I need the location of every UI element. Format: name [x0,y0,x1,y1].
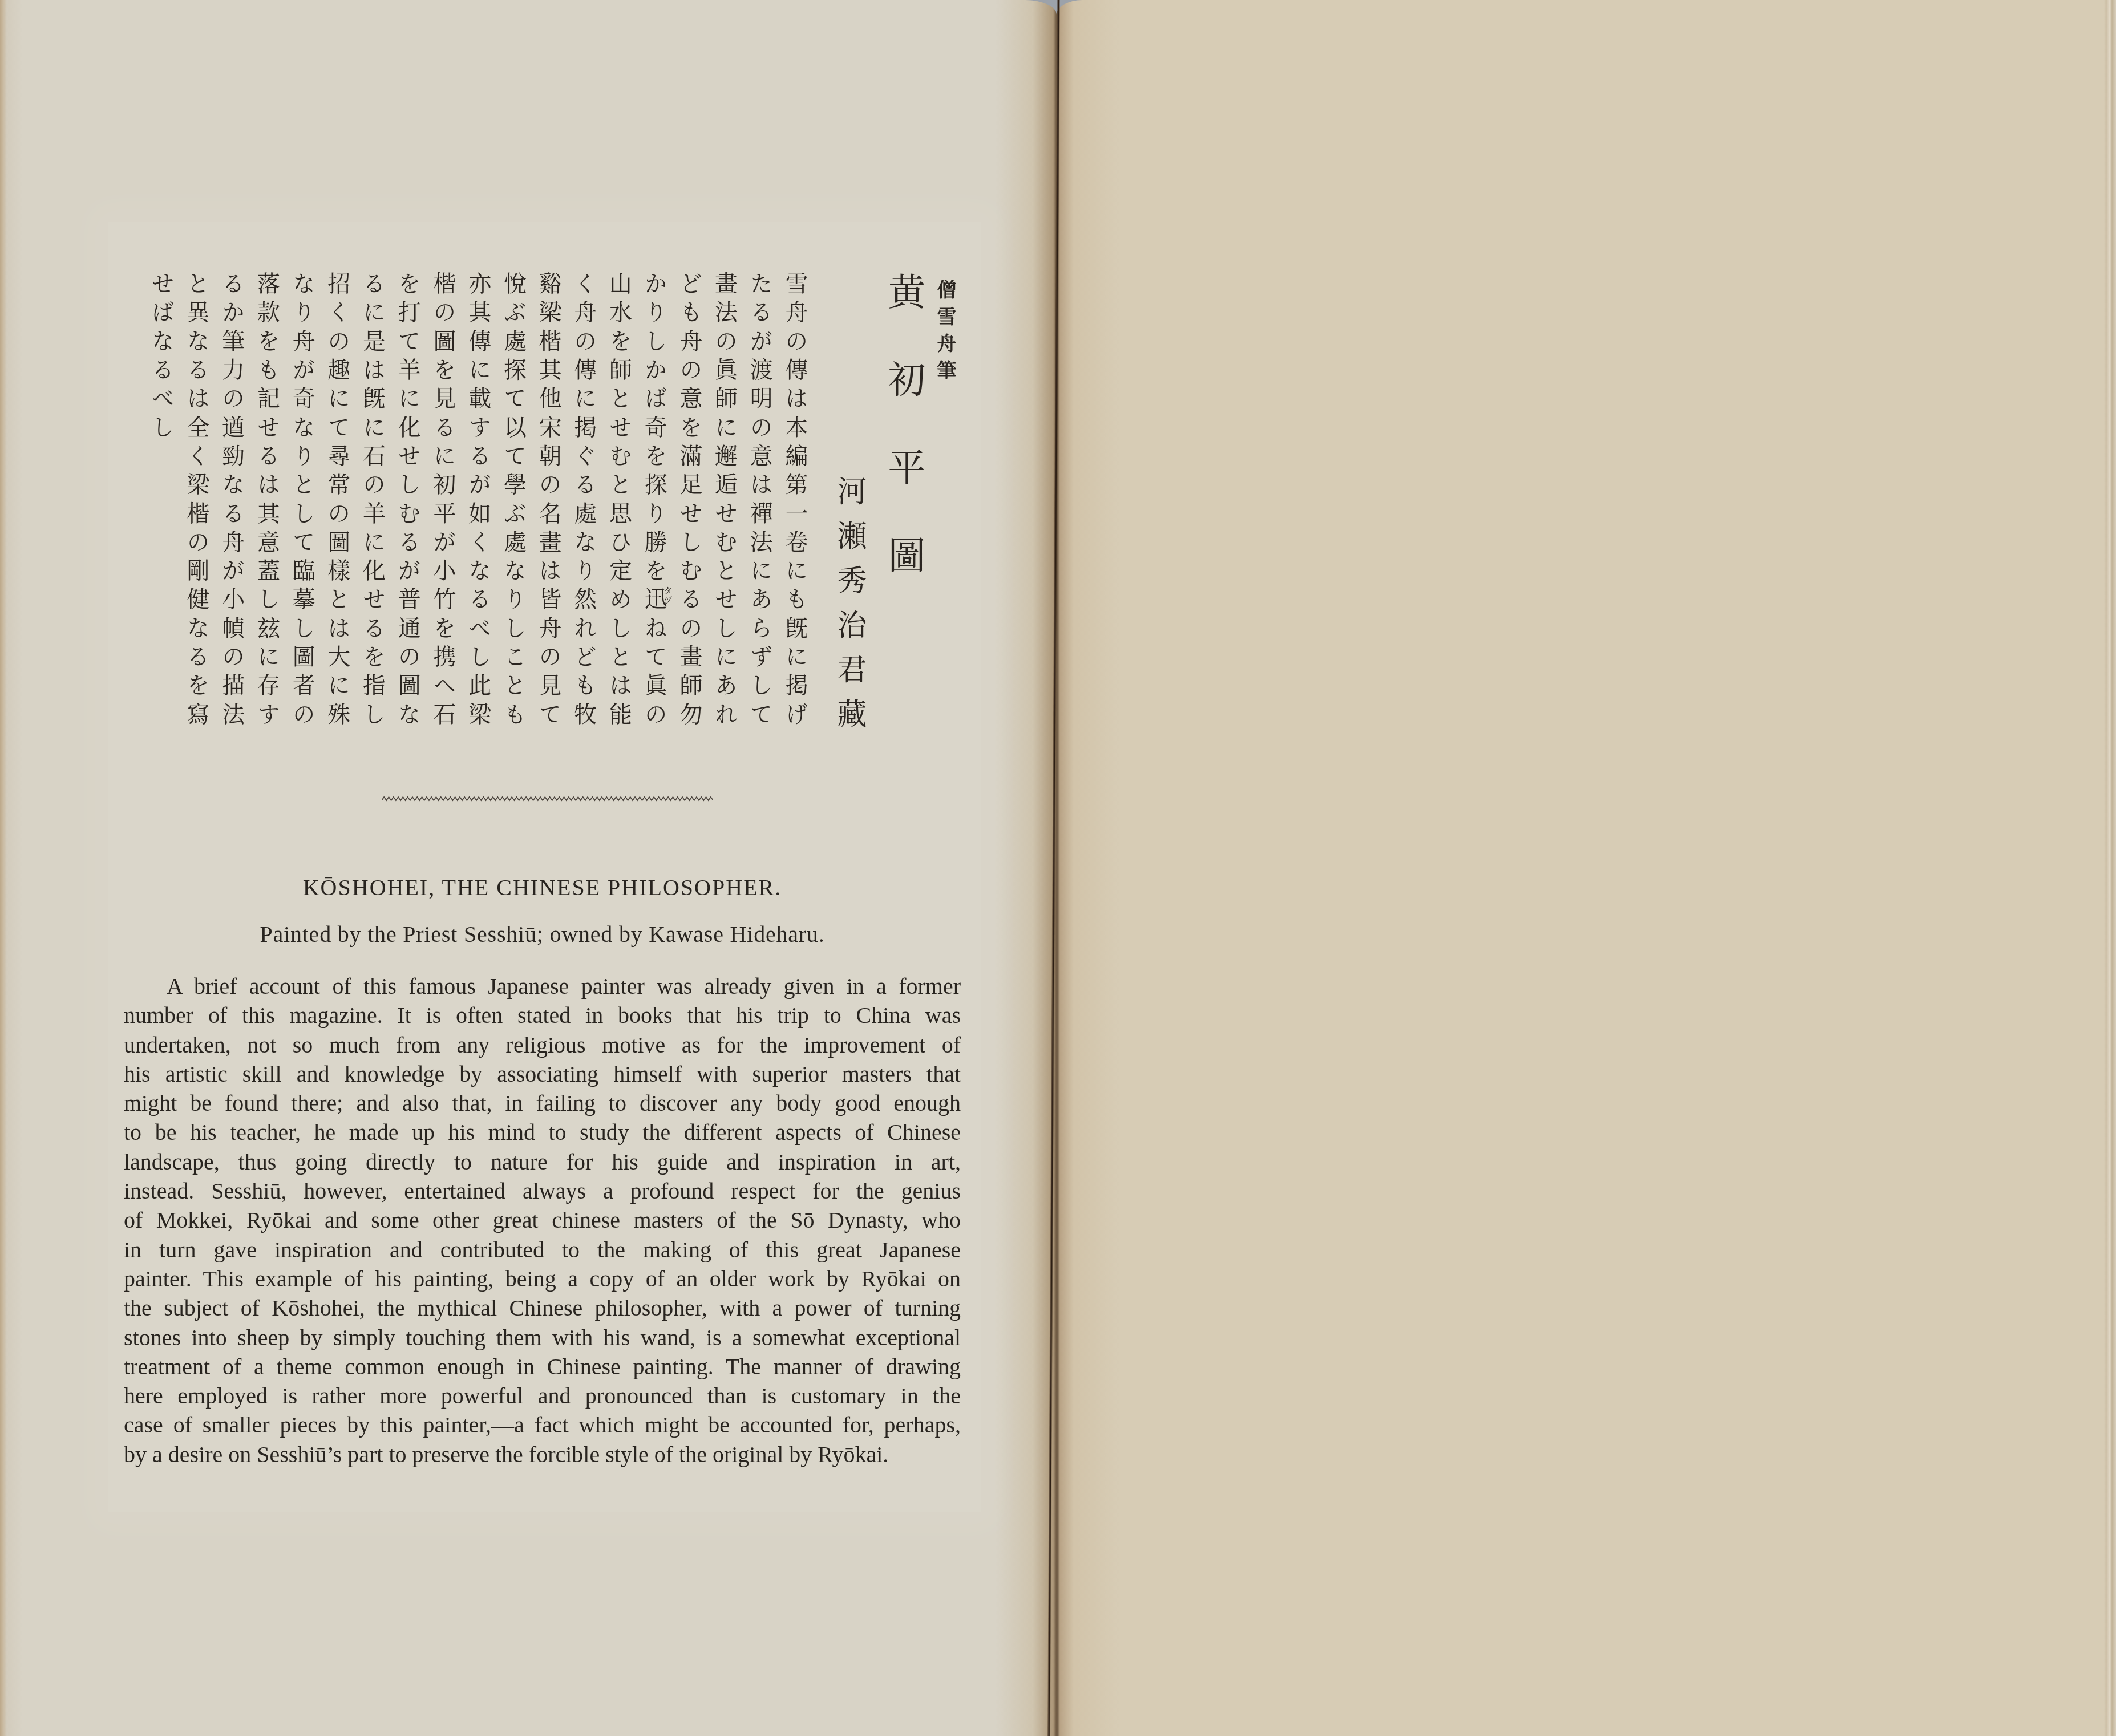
paragraph-line: to be his teacher, he made up his mind t… [124,1118,961,1147]
jp-column: 谿梁楷其他宋朝の名畫は皆舟の見て [530,272,565,745]
paragraph-line: undertaken, not so much from any religio… [124,1030,961,1059]
jp-column: せばなるべし [143,272,179,745]
ruby-after: ねて眞の [641,616,667,731]
jp-column: なり舟が奇なりとして臨摹し圖者の [284,272,319,745]
paragraph-line: case of smaller pieces by this painter,—… [124,1410,961,1439]
jp-column: 亦其傳に載するが如くなるべし此梁 [460,272,495,745]
jp-column: 落款をも記せるは其意蓋し玆に存す [249,272,284,745]
jp-column: 楷の圖を見るに初平が小竹を携へ石 [424,272,460,745]
ruby-annotation: タヅ [662,586,671,605]
jp-column: 悅ぶ處探て以て學ぶ處なりしことも [495,272,531,745]
right-page-blank [1057,0,2116,1736]
jp-column: 畫法の眞師に邂逅せむとせしにあれ [706,272,742,745]
paragraph-line: instead. Sesshiū, however, entertained a… [124,1176,961,1205]
paragraph-line: his artistic skill and knowledge by asso… [124,1059,961,1088]
paragraph-line: landscape, thus going directly to nature… [124,1147,961,1176]
paragraph-line: here employed is rather more powerful an… [124,1381,961,1410]
jp-column: く舟の傳に掲ぐる處なり然れども牧 [565,272,601,745]
jp-column: ども舟の意を滿足せしむるの畫師勿 [671,272,706,745]
en-byline: Painted by the Priest Sesshiū; owned by … [124,920,961,949]
jp-column: 雪舟の傳は本編第一卷にも旣に掲げ [776,272,812,745]
jp-column: るに是は旣に石の羊に化せるを指し [354,272,390,745]
ruby-base: 迅タヅ [641,587,667,616]
paragraph-line: painter. This example of his painting, b… [124,1264,961,1293]
paragraph-line: by a desire on Sesshiū’s part to preserv… [124,1440,961,1469]
paragraph-line: treatment of a theme common enough in Ch… [124,1352,961,1381]
jp-column-with-ruby: かりしかば奇を探り勝を迅タヅねて眞の [636,272,671,745]
jp-column: を打て羊に化せしむるが普通の圖な [390,272,425,745]
jp-column: たるが渡明の意は禪法にあらずして [742,272,777,745]
paragraph-line: stones into sheep by simply touching the… [124,1323,961,1352]
jp-title: 黄初平圖 [884,272,922,624]
jp-body-text: 雪舟の傳は本編第一卷にも旣に掲げ たるが渡明の意は禪法にあらずして 畫法の眞師に… [143,272,812,745]
ruby-before: かりしかば奇を探り勝を [641,272,667,587]
jp-column: 招くの趣にて尋常の圖樣とは大に殊 [319,272,354,745]
jp-attribution: 僧雪舟筆 [935,280,954,387]
wavy-divider [382,794,713,803]
left-page: 僧雪舟筆 黄初平圖 河瀬秀治君藏 雪舟の傳は本編第一卷にも旣に掲げ たるが渡明の… [0,0,1057,1736]
jp-column: 山水を師とせむと思ひ定めしとは能 [601,272,636,745]
jp-owner: 河瀬秀治君藏 [834,476,864,743]
paragraph-line: A brief account of this famous Japanese … [124,972,961,1001]
en-heading: KŌSHOHEI, THE CHINESE PHILOSOPHER. [124,873,961,902]
paragraph-line: in turn gave inspiration and contributed… [124,1235,961,1264]
paragraph-line: of Mokkei, Ryōkai and some other great c… [124,1205,961,1235]
jp-column: るか筆力の遒勁なる舟が小幀の描法 [213,272,249,745]
paragraph-line: the subject of Kōshohei, the mythical Ch… [124,1293,961,1322]
paragraph-line: number of this magazine. It is often sta… [124,1001,961,1030]
jp-column: と異なるは全く梁楷の剛健なるを寫 [178,272,213,745]
paragraph-line: might be found there; and also that, in … [124,1088,961,1118]
en-paragraph: A brief account of this famous Japanese … [124,972,961,1469]
